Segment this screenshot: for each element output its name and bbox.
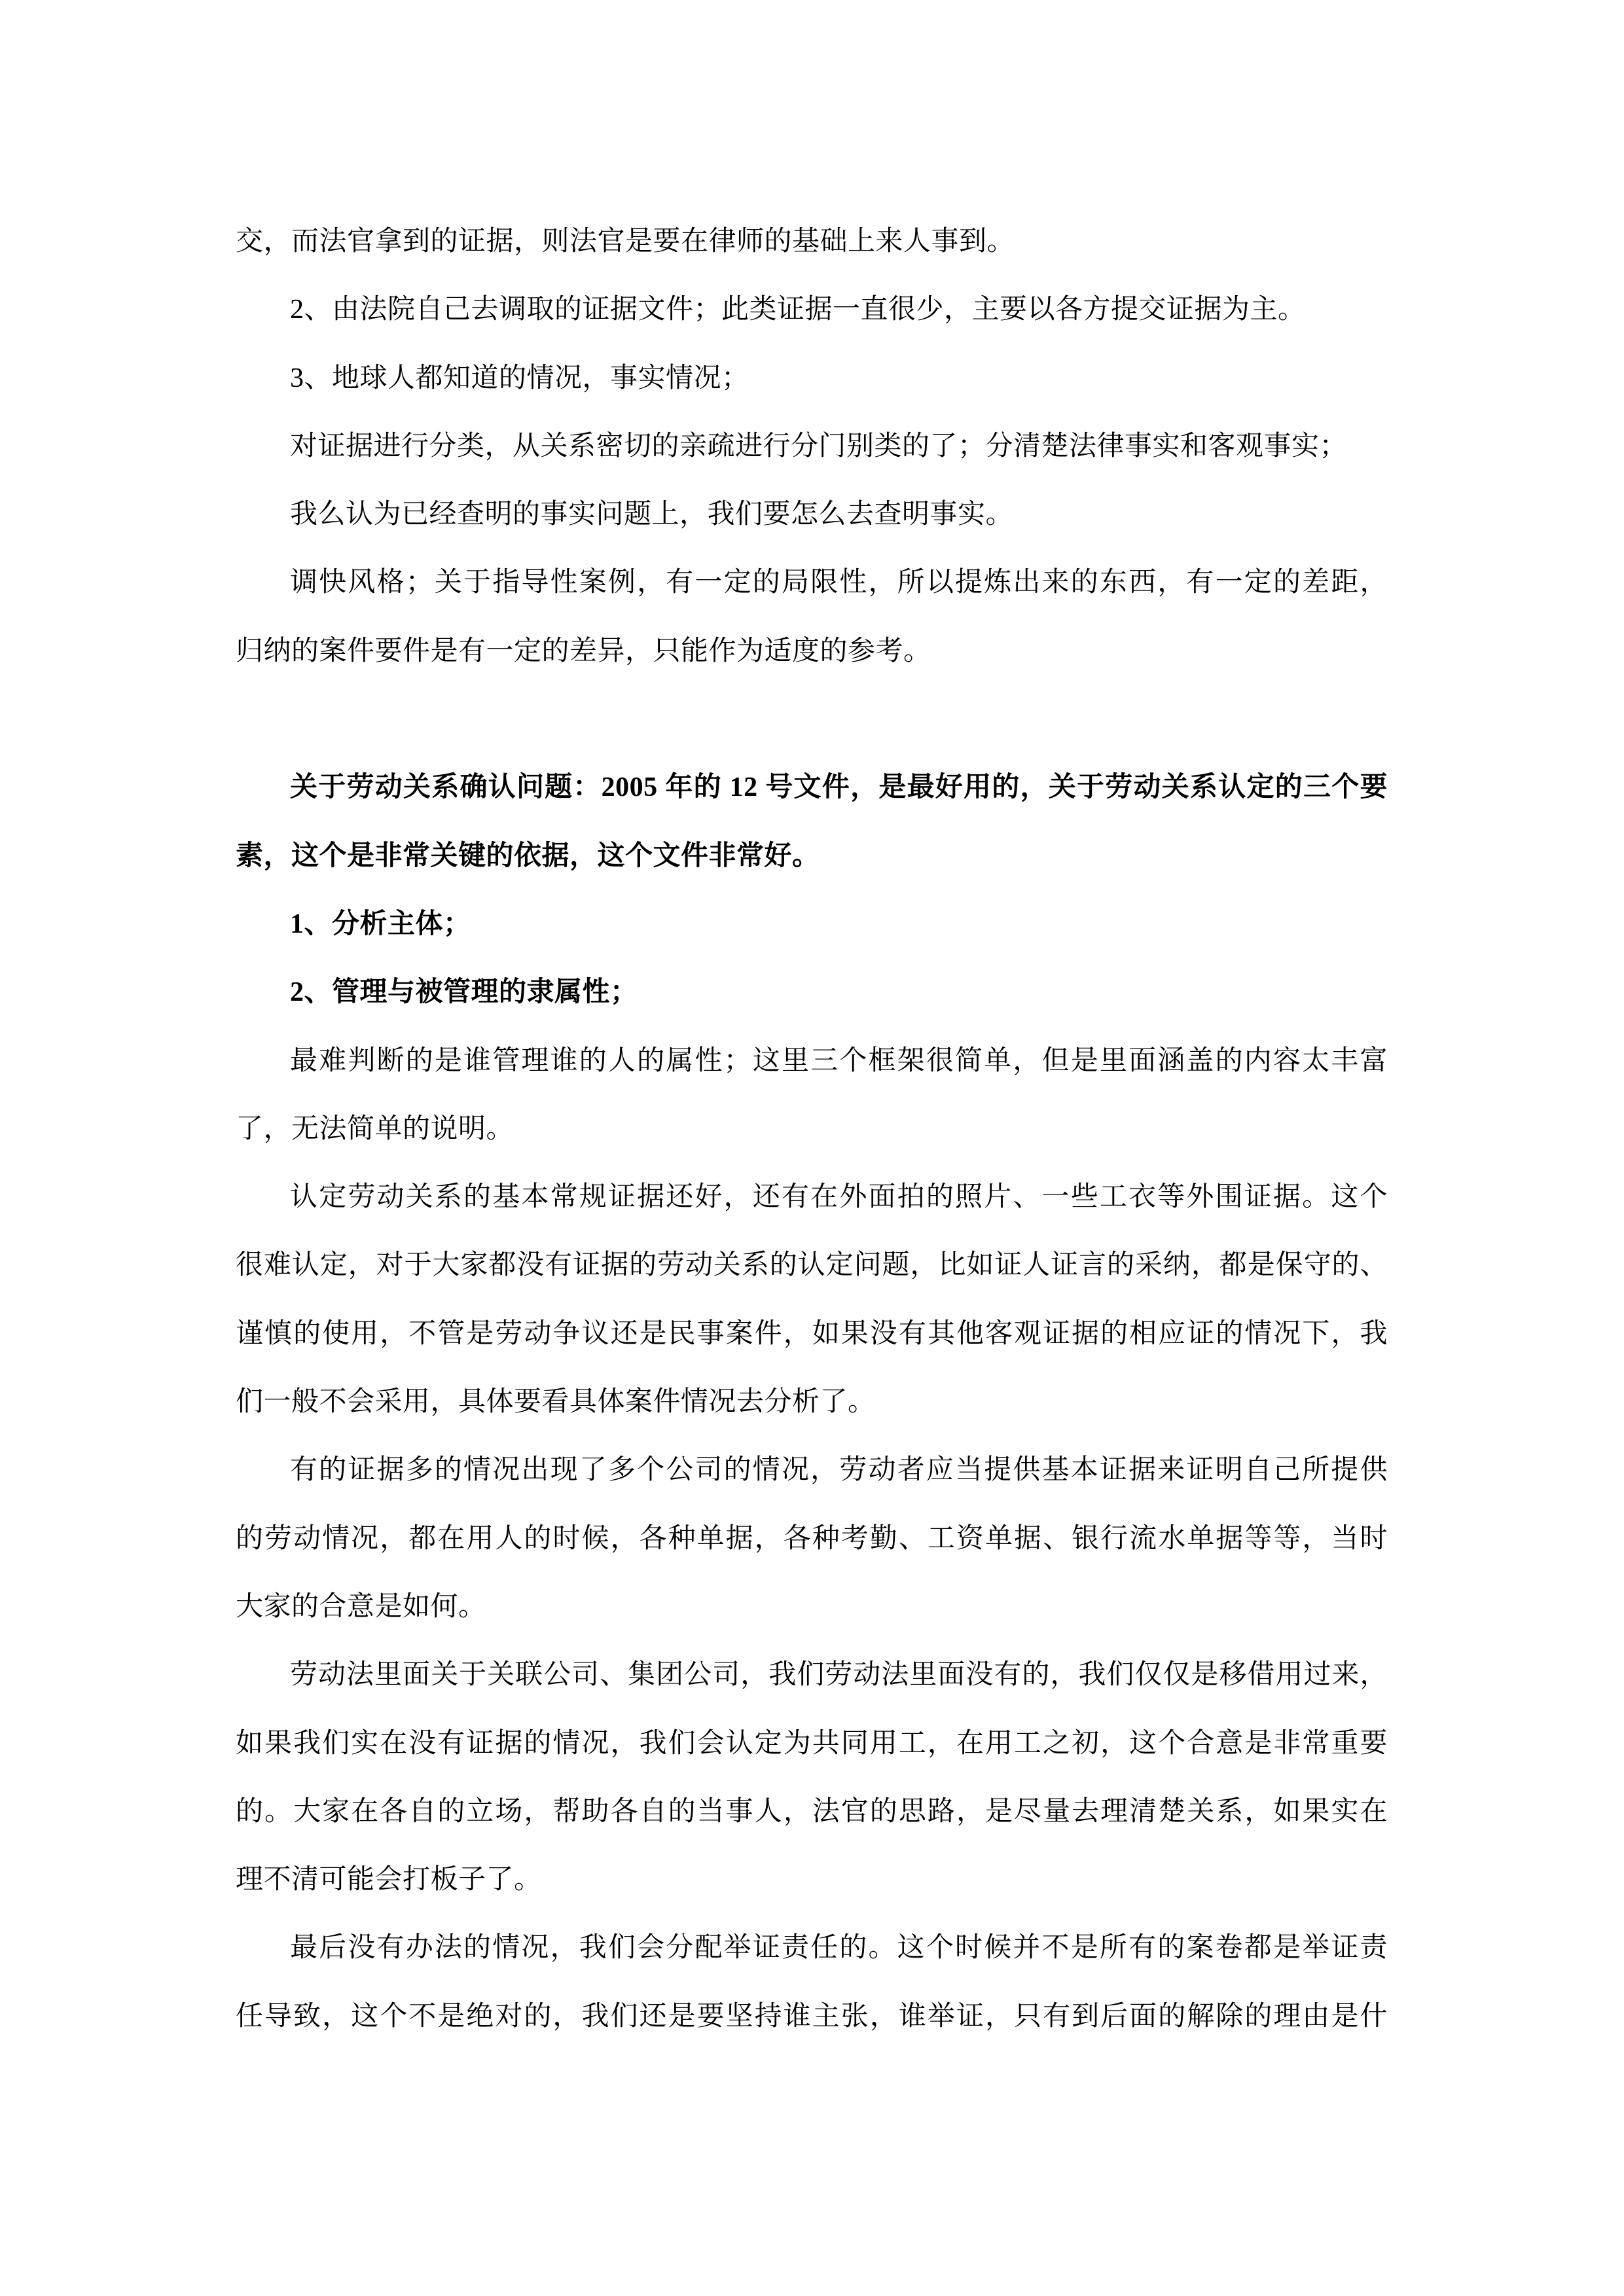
paragraph-line: 最难判断的是谁管理谁的人的属性；这里三个框架很简单，但是里面涵盖的内容太丰富 <box>236 1027 1388 1095</box>
paragraph-line: 任导致，这个不是绝对的，我们还是要坚持谁主张，谁举证，只有到后面的解除的理由是什 <box>236 1982 1388 2051</box>
list-item-line: 2、由法院自己去调取的证据文件；此类证据一直很少，主要以各方提交证据为主。 <box>236 276 1388 344</box>
heading-paragraph-line: 关于劳动关系确认问题：2005 年的 12 号文件，是最好用的，关于劳动关系认定… <box>236 753 1388 821</box>
paragraph-line: 了，无法简单的说明。 <box>236 1095 1388 1163</box>
blank-line <box>236 685 1388 753</box>
document-page: 交，而法官拿到的证据，则法官是要在律师的基础上来人事到。 2、由法院自己去调取的… <box>0 0 1624 2296</box>
paragraph-line: 的。大家在各自的立场，帮助各自的当事人，法官的思路，是尽量去理清楚关系，如果实在 <box>236 1778 1388 1846</box>
paragraph-line: 大家的合意是如何。 <box>236 1573 1388 1641</box>
list-item-line: 2、管理与被管理的隶属性； <box>236 958 1388 1026</box>
paragraph-line: 认定劳动关系的基本常规证据还好，还有在外面拍的照片、一些工衣等外围证据。这个 <box>236 1163 1388 1231</box>
paragraph-line: 归纳的案件要件是有一定的差异，只能作为适度的参考。 <box>236 617 1388 685</box>
paragraph-line: 有的证据多的情况出现了多个公司的情况，劳动者应当提供基本证据来证明自己所提供 <box>236 1436 1388 1504</box>
paragraph-line: 交，而法官拿到的证据，则法官是要在律师的基础上来人事到。 <box>236 207 1388 276</box>
paragraph-line: 如果我们实在没有证据的情况，我们会认定为共同用工，在用工之初，这个合意是非常重要 <box>236 1710 1388 1778</box>
list-item-line: 1、分析主体； <box>236 890 1388 958</box>
paragraph-line: 们一般不会采用，具体要看具体案件情况去分析了。 <box>236 1368 1388 1436</box>
paragraph-line: 调快风格；关于指导性案例，有一定的局限性，所以提炼出来的东西，有一定的差距， <box>236 548 1388 617</box>
text-block: 交，而法官拿到的证据，则法官是要在律师的基础上来人事到。 2、由法院自己去调取的… <box>236 207 1388 2051</box>
paragraph-line: 理不清可能会打板子了。 <box>236 1846 1388 1914</box>
paragraph-line: 很难认定，对于大家都没有证据的劳动关系的认定问题，比如证人证言的采纳，都是保守的… <box>236 1231 1388 1299</box>
paragraph-line: 劳动法里面关于关联公司、集团公司，我们劳动法里面没有的，我们仅仅是移借用过来， <box>236 1641 1388 1709</box>
paragraph-line: 最后没有办法的情况，我们会分配举证责任的。这个时候并不是所有的案卷都是举证责 <box>236 1914 1388 1982</box>
list-item-line: 3、地球人都知道的情况，事实情况； <box>236 344 1388 412</box>
heading-paragraph-line: 素，这个是非常关键的依据，这个文件非常好。 <box>236 822 1388 890</box>
paragraph-line: 我么认为已经查明的事实问题上，我们要怎么去查明事实。 <box>236 480 1388 548</box>
paragraph-line: 对证据进行分类，从关系密切的亲疏进行分门别类的了；分清楚法律事实和客观事实； <box>236 412 1388 480</box>
paragraph-line: 的劳动情况，都在用人的时候，各种单据，各种考勤、工资单据、银行流水单据等等，当时 <box>236 1505 1388 1573</box>
paragraph-line: 谨慎的使用，不管是劳动争议还是民事案件，如果没有其他客观证据的相应证的情况下，我 <box>236 1300 1388 1368</box>
